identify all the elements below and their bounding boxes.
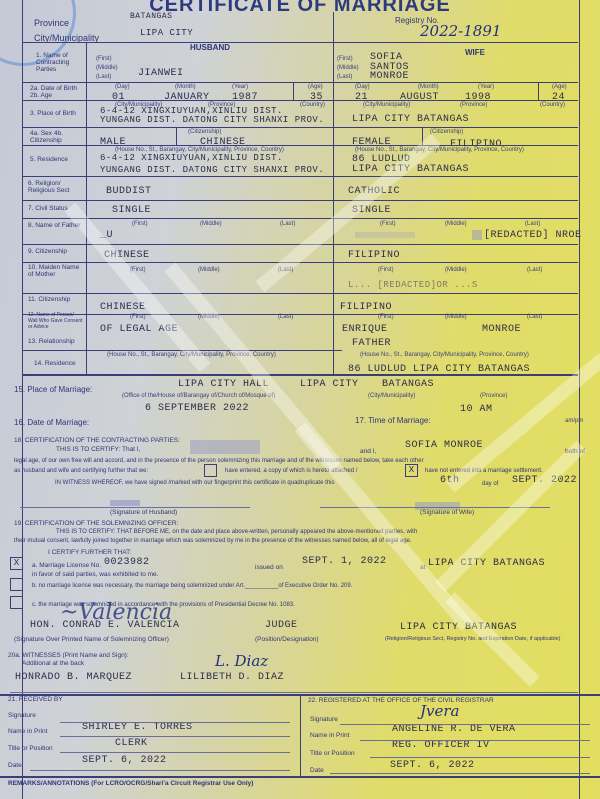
registrar-signature: Jvera	[420, 702, 459, 720]
wife-last-name: MONROE	[370, 71, 409, 82]
wife-pob: LIPA CITY BATANGAS	[352, 114, 469, 125]
checkbox-license[interactable]: X	[10, 557, 23, 570]
province-value: BATANGAS	[130, 12, 172, 21]
wife-header: WIFE	[465, 48, 485, 57]
license-issued-date: SEPT. 1, 2022	[302, 556, 387, 567]
officer-position: JUDGE	[265, 620, 298, 631]
husband-civil-status: SINGLE	[112, 205, 151, 216]
wife-signature-name: SOFIA MONROE	[405, 440, 483, 451]
husband-birth-month: JANUARY	[164, 92, 210, 103]
husband-religion: BUDDIST	[106, 186, 152, 197]
witness-2: LILIBETH D. DIAZ	[180, 672, 284, 683]
wife-consent-first: ENRIQUE	[342, 324, 388, 335]
license-issued-place: LIPA CITY BATANGAS	[428, 558, 545, 569]
wife-father-name: [REDACTED] NROE	[484, 230, 582, 241]
husband-birth-year: 1987	[232, 92, 258, 103]
marriage-place-city: LIPA CITY	[300, 379, 359, 390]
husband-last-name: JIANWEI	[138, 68, 184, 79]
remarks-label: REMARKS/ANNOTATIONS (For LCRO/OCRG/Shari…	[8, 780, 253, 787]
wife-father-citizenship: FILIPINO	[348, 250, 400, 261]
marriage-time: 10 AM	[460, 404, 493, 415]
witness-1: HONRADO B. MARQUEZ	[15, 672, 132, 683]
marriage-place-province: BATANGAS	[382, 379, 434, 390]
received-by-title: CLERK	[115, 738, 148, 749]
registrar-date: SEPT. 6, 2022	[390, 760, 475, 771]
checkbox-settlement-entered[interactable]	[204, 464, 217, 477]
husband-residence-line2: YUNGANG DIST. DATONG CITY SHANXI PROV.	[100, 165, 324, 175]
registry-number: 2022-1891	[420, 22, 501, 40]
checkbox-pd1083[interactable]	[10, 596, 23, 609]
received-by-name: SHIRLEY E. TORRES	[82, 722, 193, 733]
checkbox-settlement-not-entered[interactable]: X	[405, 464, 418, 477]
officer-signature: ~Valencia	[60, 600, 172, 625]
husband-pob-line2: YUNGANG DIST. DATONG CITY SHANXI PROV.	[100, 115, 324, 125]
document-title: CERTIFICATE OF MARRIAGE	[0, 0, 600, 17]
registrar-name: ANGELINE R. DE VERA	[392, 724, 516, 735]
husband-header: HUSBAND	[190, 43, 230, 52]
wife-relationship: FATHER	[352, 338, 391, 349]
husband-residence-line1: 6-4-12 XINGXIUYUAN,XINLIU DIST.	[100, 153, 283, 163]
license-number: 0023982	[104, 557, 150, 568]
wife-mother-name: L... [REDACTED]OR ...S	[348, 280, 478, 290]
husband-mother-citizenship: CHINESE	[100, 302, 146, 313]
province-label: Province	[34, 18, 69, 28]
received-by-date: SEPT. 6, 2022	[82, 755, 167, 766]
wife-mother-citizenship: FILIPINO	[340, 302, 392, 313]
city-value: LIPA CITY	[140, 28, 193, 38]
registrar-title: REG. OFFICER IV	[392, 740, 490, 751]
label-name: 1. Name of Contracting Parties	[36, 52, 84, 73]
witness-2-signature: L. Diaz	[215, 652, 268, 670]
checkbox-no-license[interactable]	[10, 578, 23, 591]
wife-consent-last: MONROE	[482, 324, 521, 335]
marriage-date: 6 SEPTEMBER 2022	[145, 403, 249, 414]
